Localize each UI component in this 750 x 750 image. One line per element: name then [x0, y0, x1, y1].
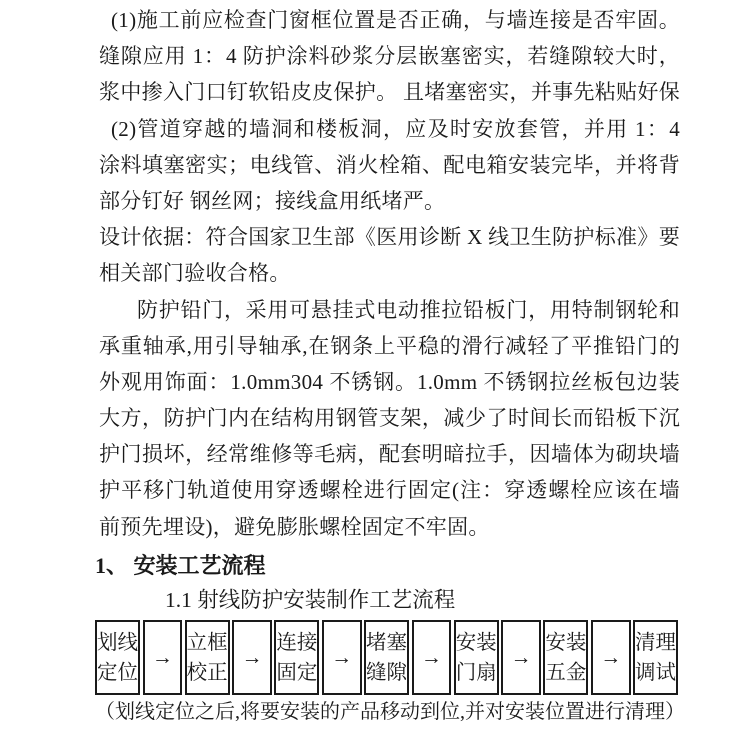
flow-arrow-cell: →	[501, 620, 541, 695]
flow-step-text: 固定	[276, 658, 317, 688]
body-text-line: 大方，防护门内在结构用钢管支架，减少了时间长而铅板下沉导致防	[99, 400, 680, 436]
flow-arrow-cell: →	[591, 620, 631, 695]
flow-step-text: 连接	[276, 628, 317, 658]
flow-step-text: 定位	[97, 658, 138, 688]
right-arrow-icon: →	[242, 647, 263, 668]
right-arrow-icon: →	[421, 647, 442, 668]
flow-step-cell: 划线 定位	[95, 620, 140, 695]
flow-step-cell: 堵塞 缝隙	[364, 620, 409, 695]
right-arrow-icon: →	[600, 647, 621, 668]
flow-arrow-cell: →	[232, 620, 272, 695]
body-text-line: 承重轴承,用引导轴承,在钢条上平稳的滑行减轻了平推铅门的力量，	[99, 328, 680, 364]
body-text-line: (1)施工前应检查门窗框位置是否正确，与墙连接是否牢固。连接处	[99, 2, 680, 38]
flow-step-cell: 清理 调试	[633, 620, 678, 695]
flow-step-cell: 连接 固定	[274, 620, 319, 695]
flow-step-text: 调试	[635, 658, 676, 688]
right-arrow-icon: →	[152, 647, 173, 668]
body-text: (1)施工前应检查门窗框位置是否正确，与墙连接是否牢固。连接处 缝隙应用 1：4…	[99, 2, 680, 545]
flow-step-text: 五金	[545, 658, 586, 688]
section-heading: 1、 安装工艺流程	[95, 550, 680, 582]
right-arrow-icon: →	[511, 647, 532, 668]
body-text-line: 部分钉好 钢丝网；接线盒用纸堵严。	[99, 183, 680, 219]
body-text-line: 浆中掺入门口钉软铅皮皮保护。 且堵塞密实，并事先粘贴好保护膜。	[99, 74, 680, 110]
flow-step-text: 安装	[456, 628, 497, 658]
body-text-line: 防护铅门，采用可悬挂式电动推拉铅板门，用特制钢轮和不锈钢	[99, 292, 680, 328]
flow-step-cell: 安装 门扇	[454, 620, 499, 695]
body-text-line: 前预先埋设)，避免膨胀螺栓固定不牢固。	[99, 509, 680, 545]
flow-arrow-cell: →	[412, 620, 452, 695]
body-text-line: 相关部门验收合格。	[99, 255, 680, 291]
flow-step-text: 堵塞	[366, 628, 407, 658]
body-text-line: 缝隙应用 1：4 防护涂料砂浆分层嵌塞密实，若缝隙较大时，应在砂	[99, 38, 680, 74]
body-text-line: 护平移门轨道使用穿透螺栓进行固定(注：穿透螺栓应该在墙体装饰	[99, 472, 680, 508]
right-arrow-icon: →	[331, 647, 352, 668]
flow-step-text: 安装	[545, 628, 586, 658]
subsection-heading: 1.1 射线防护安装制作工艺流程	[165, 584, 680, 616]
flow-arrow-cell: →	[143, 620, 183, 695]
body-text-line: 涂料填塞密实；电线管、消火栓箱、配电箱安装完毕，并将背后露明	[99, 147, 680, 183]
process-flow-table: 划线 定位 → 立框 校正 → 连接 固定 → 堵塞 缝隙 → 安装 门扇	[95, 620, 678, 695]
flow-step-text: 立框	[187, 628, 228, 658]
flow-step-cell: 立框 校正	[185, 620, 230, 695]
flow-step-text: 校正	[187, 658, 228, 688]
flow-step-text: 划线	[97, 628, 138, 658]
flow-caption: （划线定位之后,将要安装的产品移动到位,并对安装位置进行清理）	[95, 697, 680, 727]
body-text-line: 护门损坏，经常维修等毛病，配套明暗拉手，因墙体为砌块墙体，防	[99, 436, 680, 472]
body-text-line: (2)管道穿越的墙洞和楼板洞，应及时安放套管，并用 1：4 高能防护	[99, 111, 680, 147]
body-text-line: 设计依据：符合国家卫生部《医用诊断 X 线卫生防护标准》要求，经	[99, 219, 680, 255]
flow-step-text: 门扇	[456, 658, 497, 688]
flow-step-cell: 安装 五金	[543, 620, 588, 695]
document-page: (1)施工前应检查门窗框位置是否正确，与墙连接是否牢固。连接处 缝隙应用 1：4…	[0, 0, 750, 750]
flow-step-text: 清理	[635, 628, 676, 658]
flow-arrow-cell: →	[322, 620, 362, 695]
flow-step-text: 缝隙	[366, 658, 407, 688]
body-text-line: 外观用饰面：1.0mm304 不锈钢。1.0mm 不锈钢拉丝板包边装饰，美观	[99, 364, 680, 400]
